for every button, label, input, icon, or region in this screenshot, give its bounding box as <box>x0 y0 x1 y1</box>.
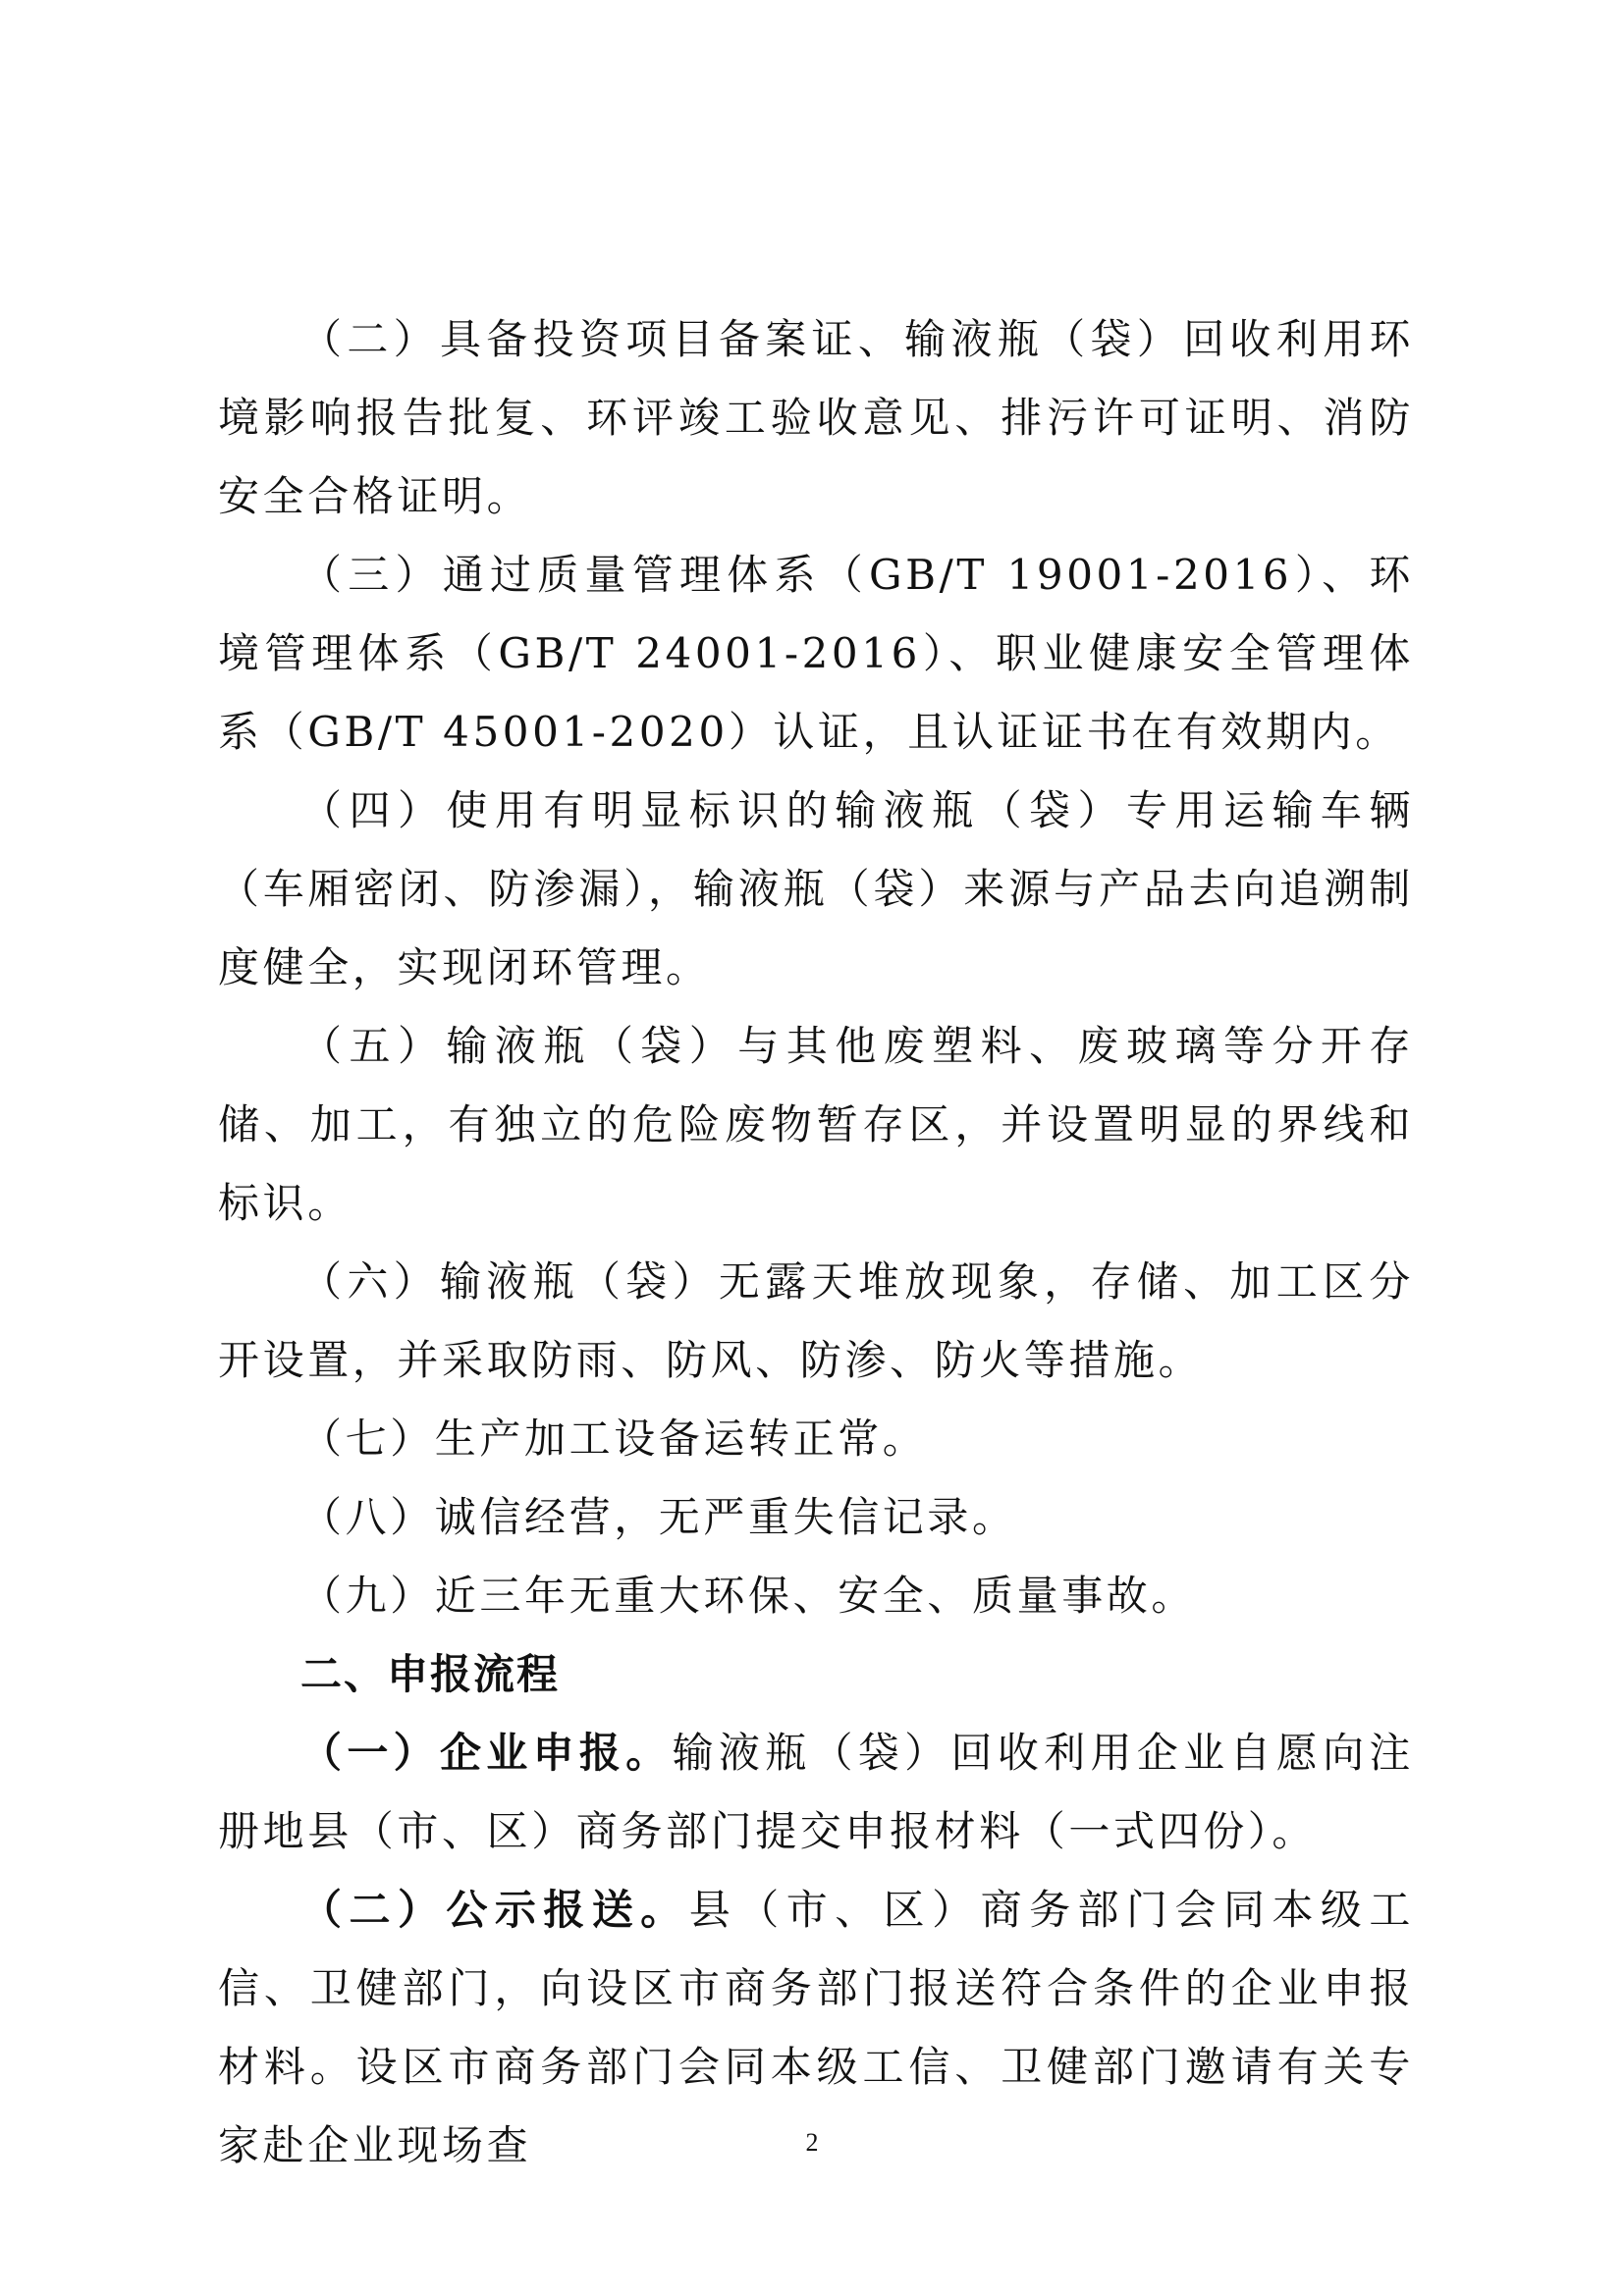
process-step-1: （一）企业申报。输液瓶（袋）回收利用企业自愿向注册地县（市、区）商务部门提交申报… <box>218 1714 1414 1871</box>
document-body: （二）具备投资项目备案证、输液瓶（袋）回收利用环境影响报告批复、环评竣工验收意见… <box>218 300 1414 2185</box>
requirement-5: （五）输液瓶（袋）与其他废塑料、废玻璃等分开存储、加工，有独立的危险废物暂存区，… <box>218 1007 1414 1243</box>
requirement-2: （二）具备投资项目备案证、输液瓶（袋）回收利用环境影响报告批复、环评竣工验收意见… <box>218 300 1414 536</box>
process-step-2-lead: （二）公示报送。 <box>300 1886 689 1934</box>
section-heading: 二、申报流程 <box>218 1635 1414 1714</box>
requirement-7: （七）生产加工设备运转正常。 <box>218 1400 1414 1478</box>
requirement-4: （四）使用有明显标识的输液瓶（袋）专用运输车辆（车厢密闭、防渗漏），输液瓶（袋）… <box>218 772 1414 1007</box>
process-step-1-lead: （一）企业申报。 <box>300 1729 673 1777</box>
requirement-8: （八）诚信经营，无严重失信记录。 <box>218 1478 1414 1557</box>
requirement-6: （六）输液瓶（袋）无露天堆放现象，存储、加工区分开设置，并采取防雨、防风、防渗、… <box>218 1243 1414 1400</box>
requirement-9: （九）近三年无重大环保、安全、质量事故。 <box>218 1557 1414 1635</box>
page-number: 2 <box>0 2128 1624 2158</box>
requirement-3: （三）通过质量管理体系（GB/T 19001-2016）、环境管理体系（GB/T… <box>218 536 1414 772</box>
